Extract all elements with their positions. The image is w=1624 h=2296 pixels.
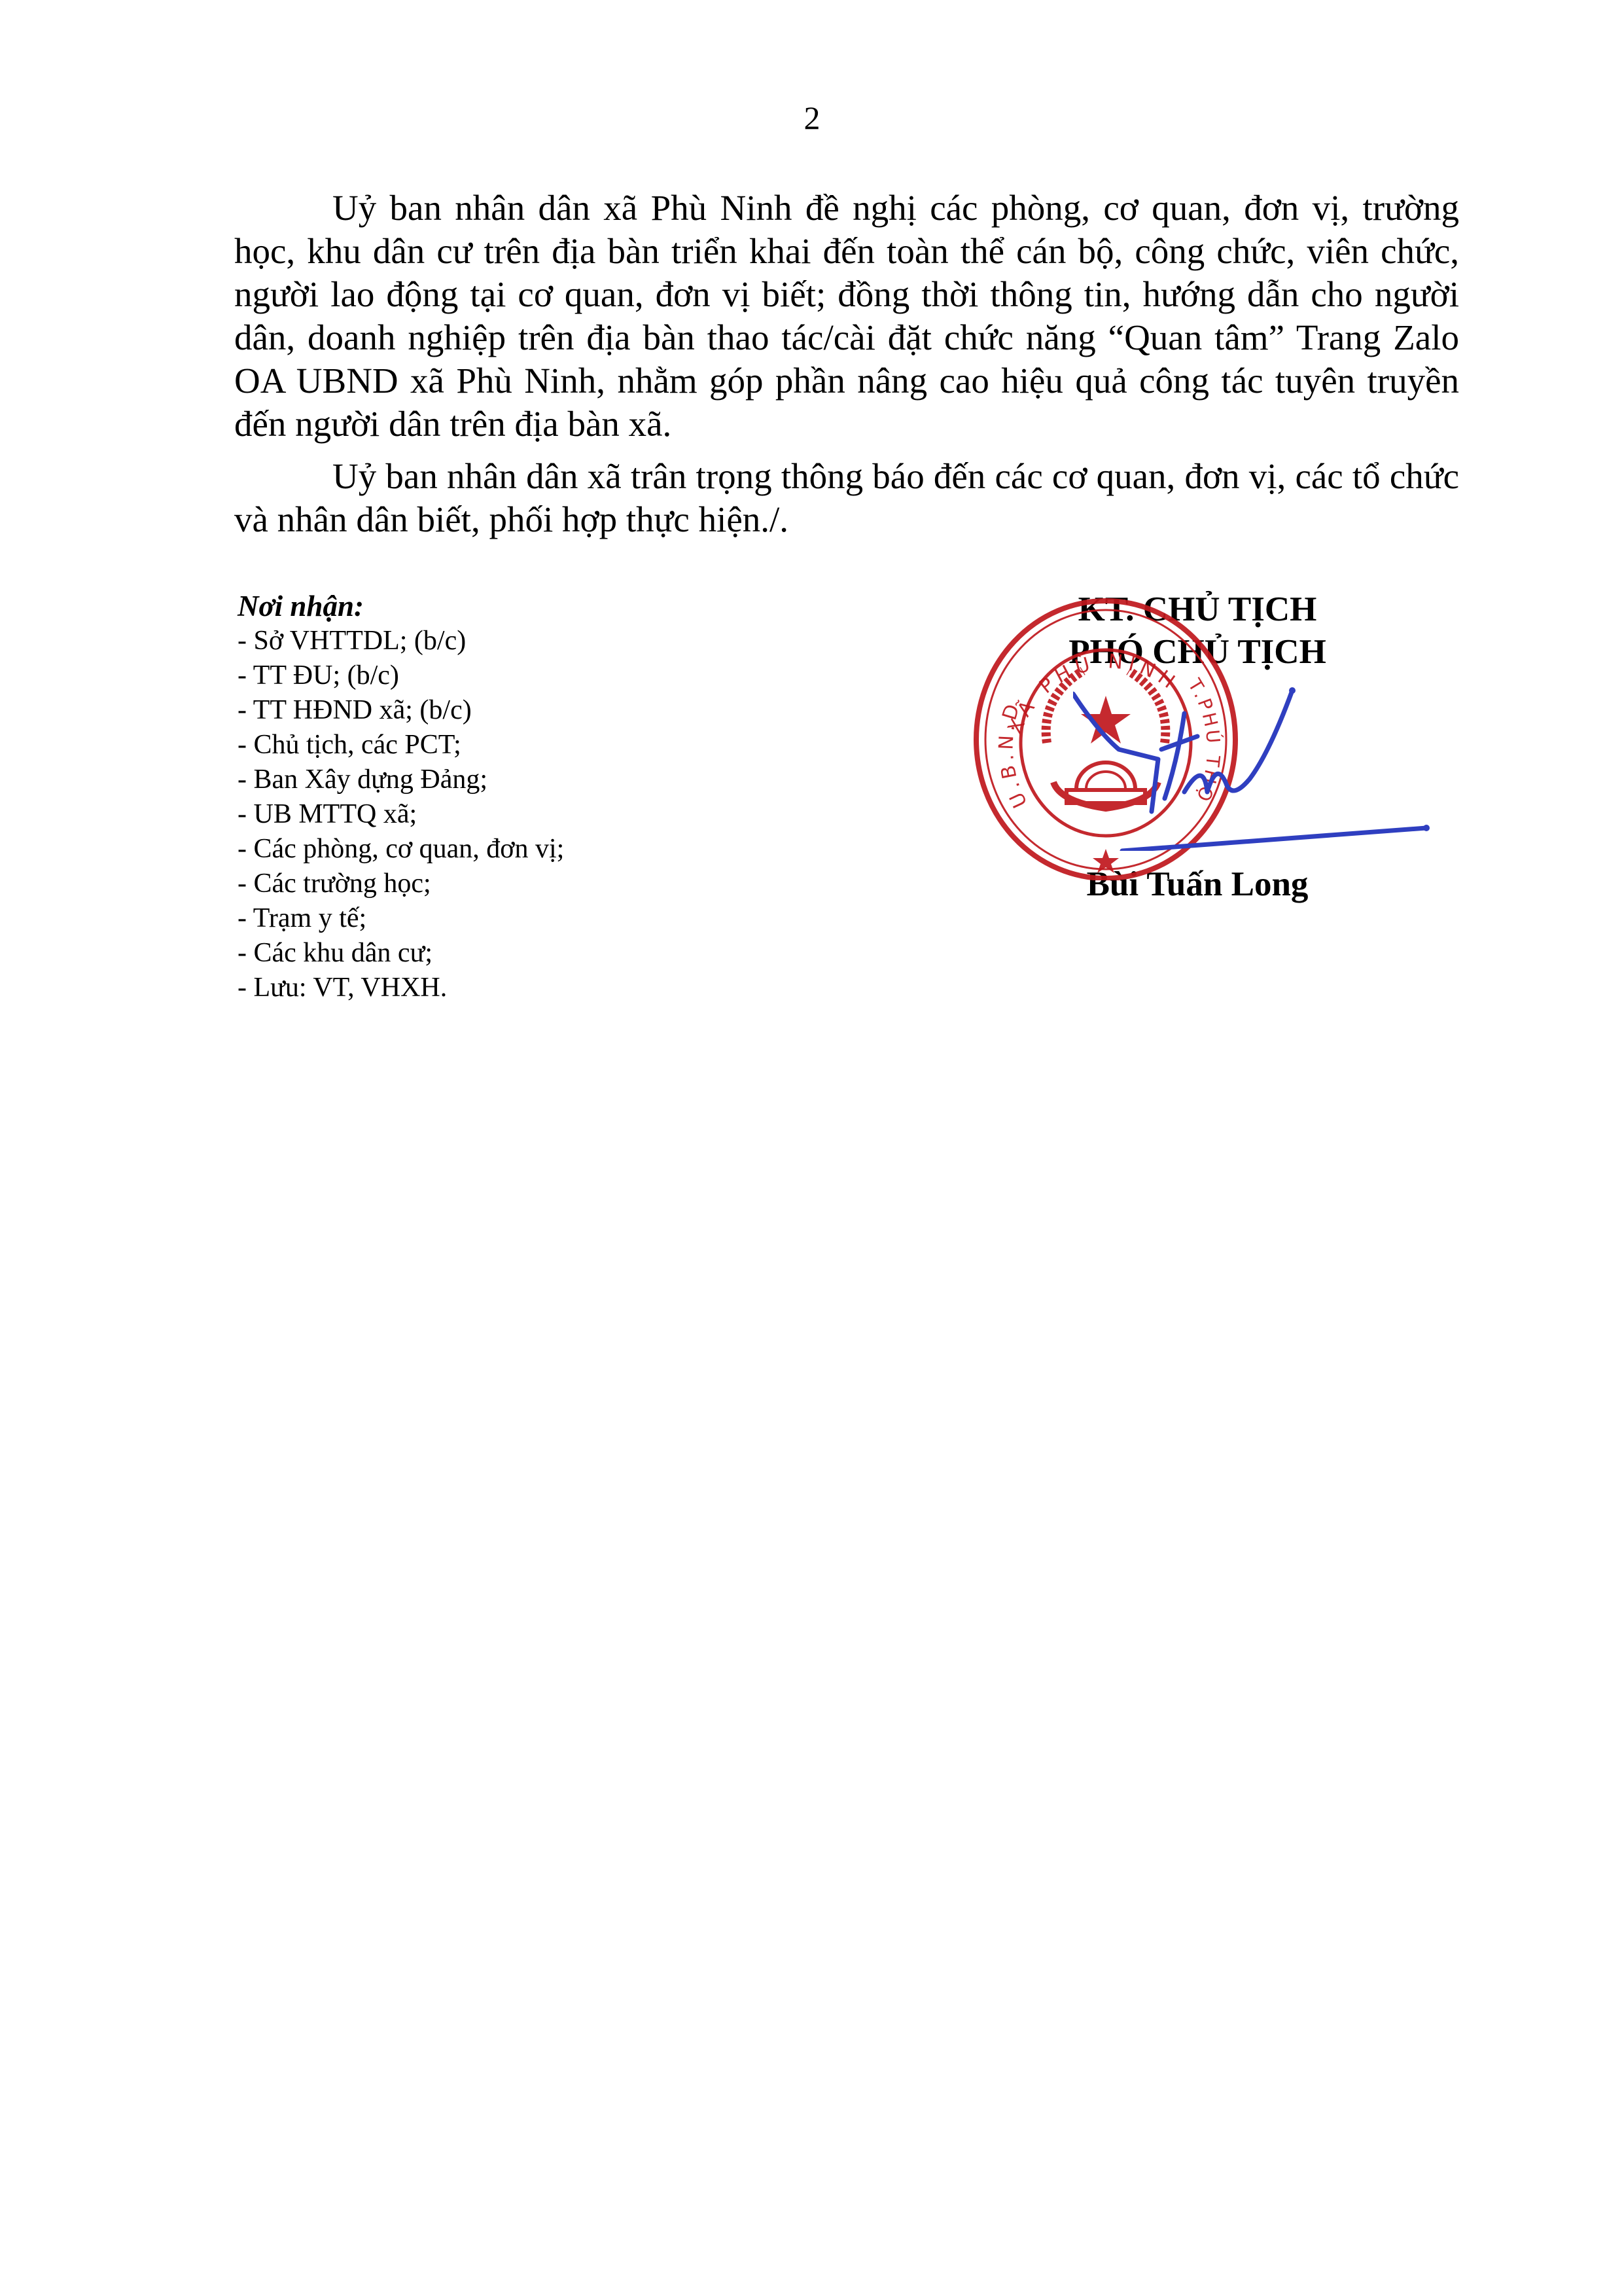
recipients-list: - Sở VHTTDL; (b/c) - TT ĐU; (b/c) - TT H… — [238, 624, 696, 1005]
recipient-item: - TT HĐND xã; (b/c) — [238, 693, 696, 728]
recipients-block: Nơi nhận: - Sở VHTTDL; (b/c) - TT ĐU; (b… — [238, 589, 696, 1005]
body-paragraph: Uỷ ban nhân dân xã trân trọng thông báo … — [234, 455, 1459, 541]
recipient-item: - Các phòng, cơ quan, đơn vị; — [238, 832, 696, 867]
handwritten-signature-icon — [1073, 687, 1439, 851]
recipient-item: - Các trường học; — [238, 867, 696, 901]
recipients-heading: Nơi nhận: — [238, 589, 696, 624]
recipient-item: - Ban Xây dựng Đảng; — [238, 762, 696, 797]
recipient-item: - Trạm y tế; — [238, 901, 696, 936]
page-number: 2 — [0, 98, 1624, 137]
recipient-item: - Sở VHTTDL; (b/c) — [238, 624, 696, 658]
body-paragraph: Uỷ ban nhân dân xã Phù Ninh đề nghị các … — [234, 187, 1459, 446]
recipient-item: - Các khu dân cư; — [238, 936, 696, 971]
recipient-item: - Chủ tịch, các PCT; — [238, 728, 696, 762]
recipient-item: - TT ĐU; (b/c) — [238, 658, 696, 693]
body-text: Uỷ ban nhân dân xã Phù Ninh đề nghị các … — [234, 187, 1459, 550]
recipient-item: - UB MTTQ xã; — [238, 797, 696, 832]
recipient-item: - Lưu: VT, VHXH. — [238, 971, 696, 1005]
